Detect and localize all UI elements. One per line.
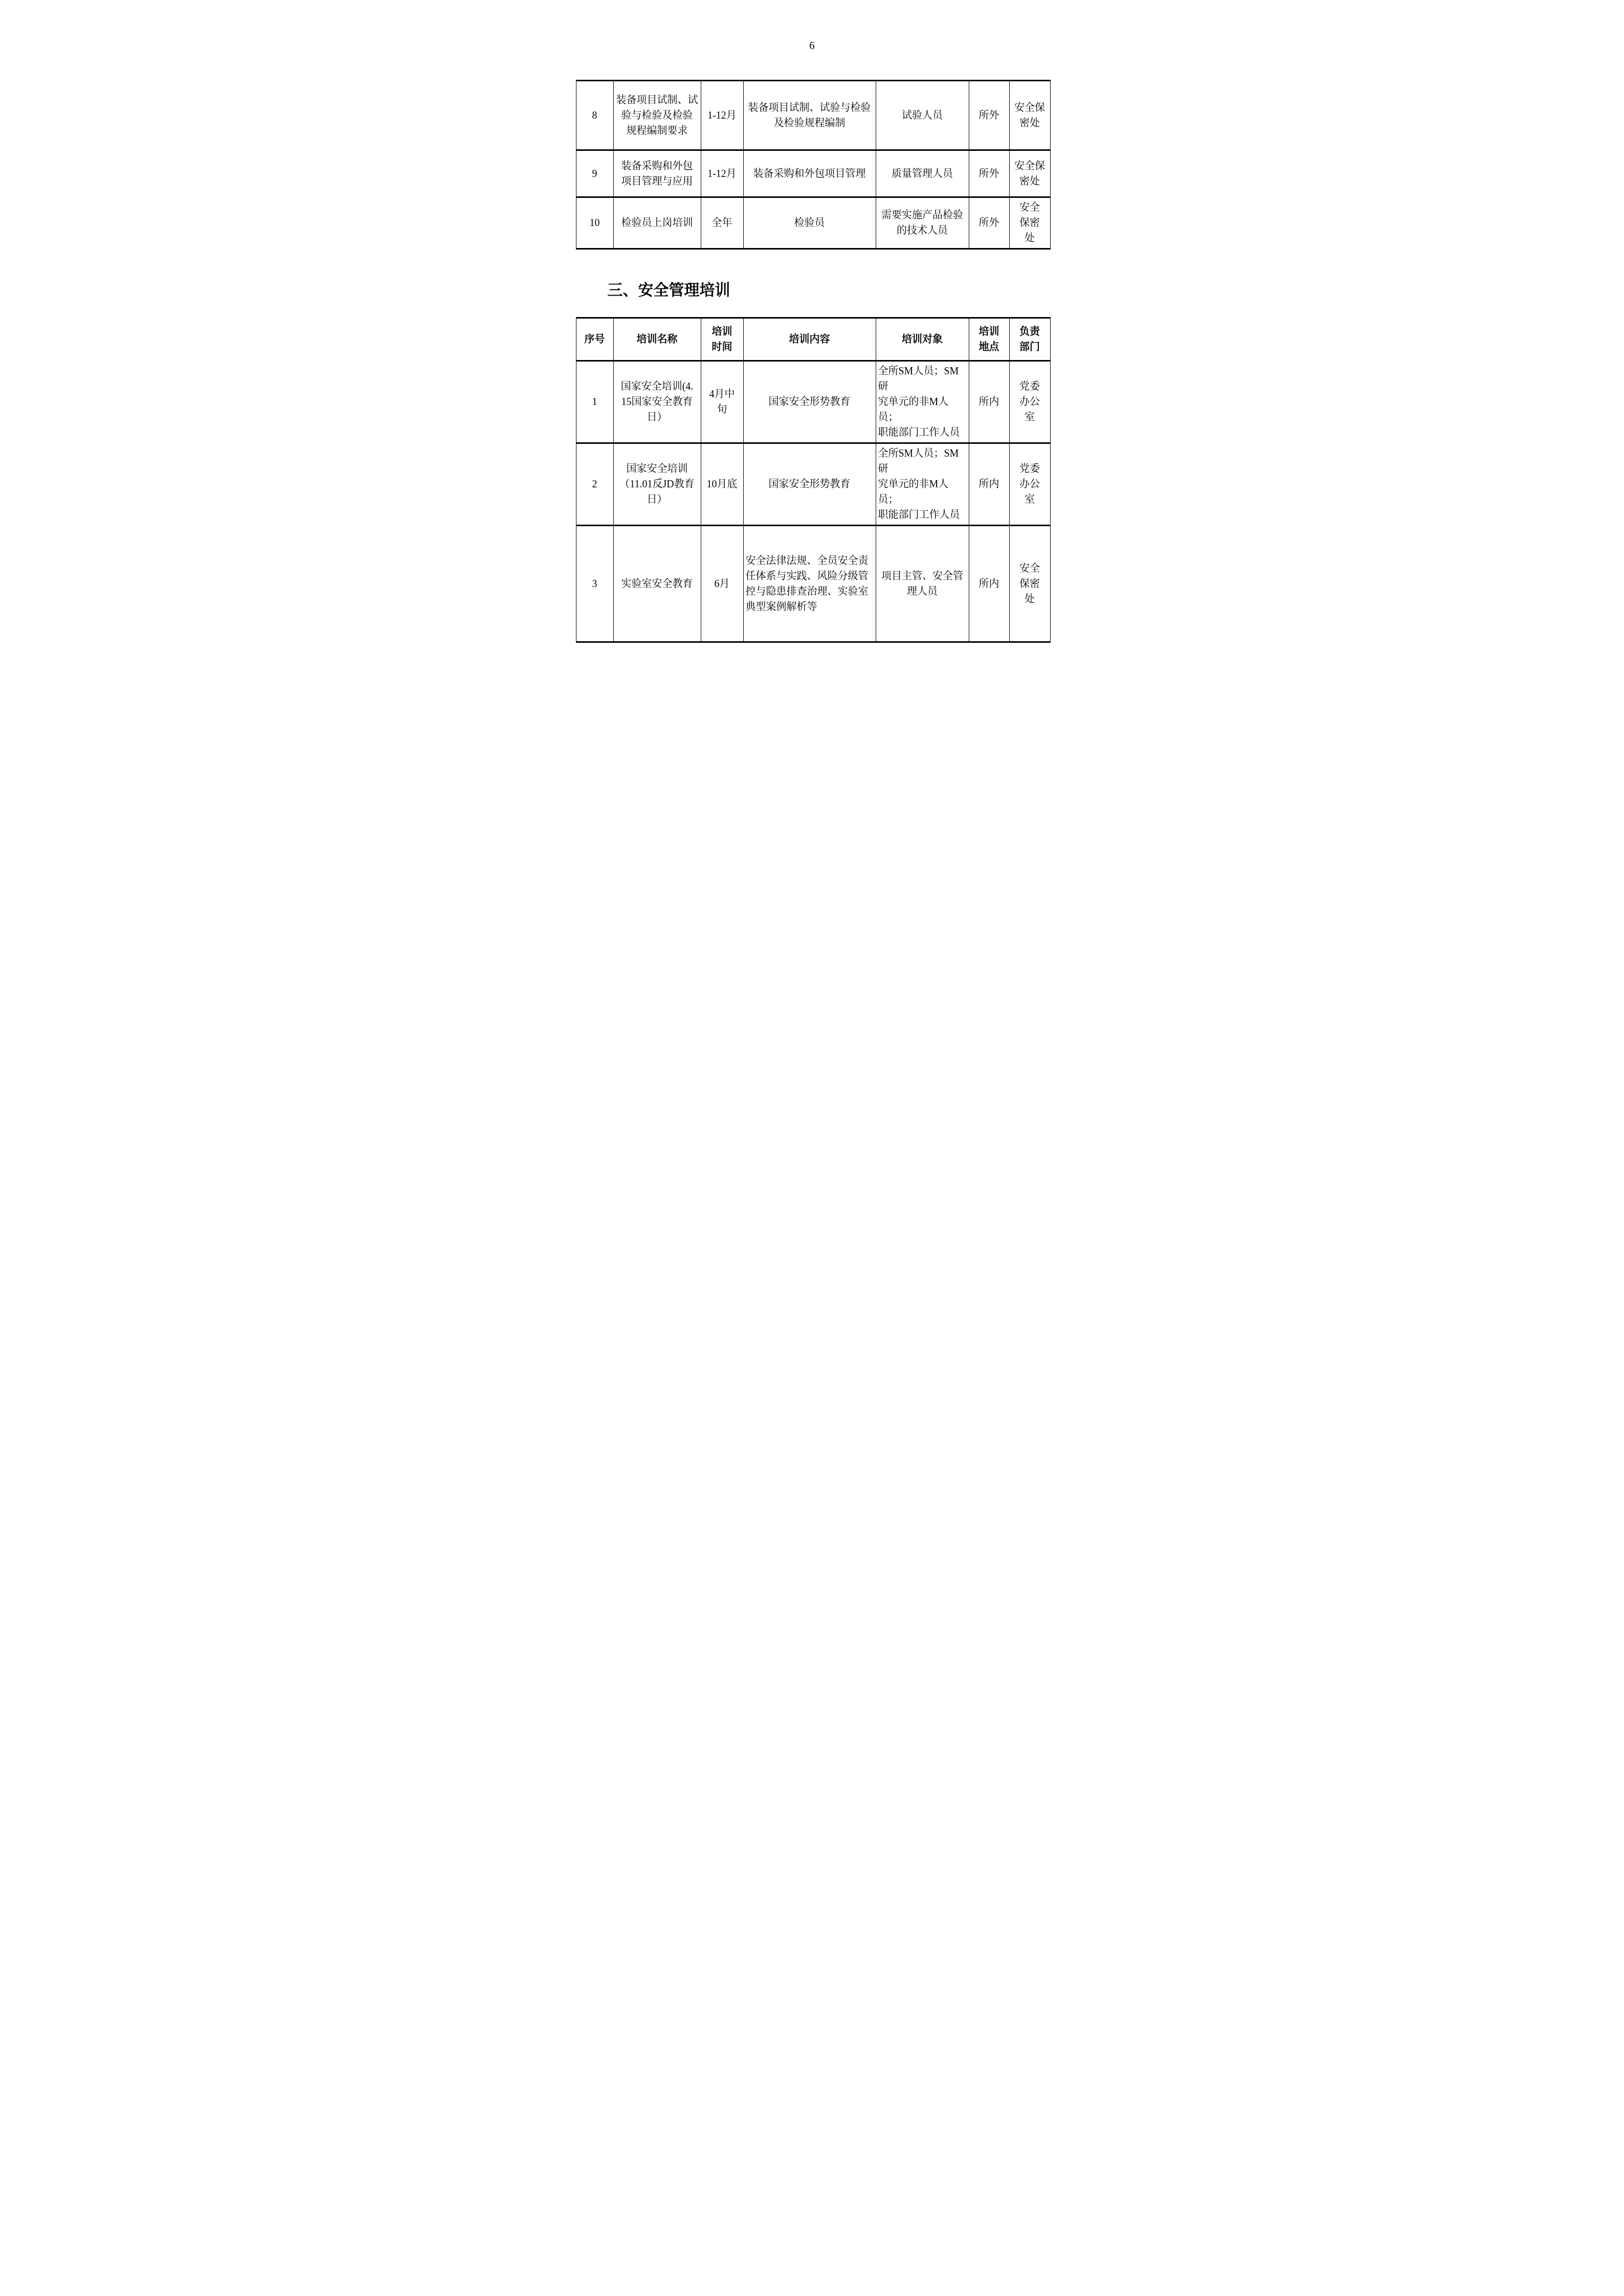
cell-department: 安全 保密 处 (1009, 526, 1050, 642)
training-table-continued: 8 装备项目试制、试 验与检验及检验 规程编制要求 1-12月 装备项目试制、试… (576, 80, 1051, 250)
cell-audience: 试验人员 (876, 81, 969, 150)
header-name: 培训名称 (613, 318, 701, 361)
cell-time: 1-12月 (701, 150, 743, 197)
section-heading: 三、安全管理培训 (608, 280, 730, 301)
cell-department: 党委 办公 室 (1009, 361, 1050, 443)
safety-management-training-table: 序号 培训名称 培训 时间 培训内容 培训对象 培训 地点 负责 部门 1 国家… (576, 317, 1051, 643)
cell-content: 安全法律法规、全员安全责 任体系与实践、风险分级管 控与隐患排查治理、实验室 典… (743, 526, 876, 642)
cell-name: 检验员上岗培训 (613, 197, 701, 249)
cell-audience: 全所SM人员；SM研 究单元的非M人员； 职能部门工作人员 (876, 361, 969, 443)
cell-audience: 全所SM人员；SM研 究单元的非M人员； 职能部门工作人员 (876, 443, 969, 526)
header-audience: 培训对象 (876, 318, 969, 361)
header-no: 序号 (576, 318, 613, 361)
cell-audience: 需要实施产品检验 的技术人员 (876, 197, 969, 249)
cell-name: 国家安全培训(4. 15国家安全教育 日） (613, 361, 701, 443)
cell-audience: 项目主管、安全管 理人员 (876, 526, 969, 642)
table-row: 10 检验员上岗培训 全年 检验员 需要实施产品检验 的技术人员 所外 安全 保… (576, 197, 1050, 249)
cell-name: 装备项目试制、试 验与检验及检验 规程编制要求 (613, 81, 701, 150)
page-number: 6 (531, 39, 1094, 52)
cell-location: 所外 (969, 197, 1009, 249)
cell-name: 国家安全培训 （11.01反JD教育 日） (613, 443, 701, 526)
cell-no: 1 (576, 361, 613, 443)
cell-department: 安全保 密处 (1009, 150, 1050, 197)
cell-no: 2 (576, 443, 613, 526)
cell-no: 8 (576, 81, 613, 150)
cell-department: 安全保 密处 (1009, 81, 1050, 150)
table-row: 3 实验室安全教育 6月 安全法律法规、全员安全责 任体系与实践、风险分级管 控… (576, 526, 1050, 642)
header-department: 负责 部门 (1009, 318, 1050, 361)
cell-time: 1-12月 (701, 81, 743, 150)
cell-audience: 质量管理人员 (876, 150, 969, 197)
header-location: 培训 地点 (969, 318, 1009, 361)
cell-name: 实验室安全教育 (613, 526, 701, 642)
header-time: 培训 时间 (701, 318, 743, 361)
cell-content: 国家安全形势教育 (743, 361, 876, 443)
table-row: 1 国家安全培训(4. 15国家安全教育 日） 4月中 旬 国家安全形势教育 全… (576, 361, 1050, 443)
cell-department: 安全 保密 处 (1009, 197, 1050, 249)
cell-time: 4月中 旬 (701, 361, 743, 443)
cell-content: 装备采购和外包项目管理 (743, 150, 876, 197)
cell-time: 全年 (701, 197, 743, 249)
cell-department: 党委 办公 室 (1009, 443, 1050, 526)
cell-no: 10 (576, 197, 613, 249)
cell-no: 9 (576, 150, 613, 197)
cell-location: 所内 (969, 361, 1009, 443)
cell-location: 所外 (969, 81, 1009, 150)
cell-location: 所内 (969, 443, 1009, 526)
cell-location: 所内 (969, 526, 1009, 642)
cell-location: 所外 (969, 150, 1009, 197)
document-page: 6 8 装备项目试制、试 验与检验及检验 规程编制要求 1-12月 装备项目试制… (531, 0, 1094, 796)
table-row: 8 装备项目试制、试 验与检验及检验 规程编制要求 1-12月 装备项目试制、试… (576, 81, 1050, 150)
cell-content: 装备项目试制、试验与检验 及检验规程编制 (743, 81, 876, 150)
table-header-row: 序号 培训名称 培训 时间 培训内容 培训对象 培训 地点 负责 部门 (576, 318, 1050, 361)
cell-name: 装备采购和外包 项目管理与应用 (613, 150, 701, 197)
cell-time: 6月 (701, 526, 743, 642)
header-content: 培训内容 (743, 318, 876, 361)
cell-time: 10月底 (701, 443, 743, 526)
cell-no: 3 (576, 526, 613, 642)
table-row: 2 国家安全培训 （11.01反JD教育 日） 10月底 国家安全形势教育 全所… (576, 443, 1050, 526)
cell-content: 国家安全形势教育 (743, 443, 876, 526)
table-row: 9 装备采购和外包 项目管理与应用 1-12月 装备采购和外包项目管理 质量管理… (576, 150, 1050, 197)
cell-content: 检验员 (743, 197, 876, 249)
